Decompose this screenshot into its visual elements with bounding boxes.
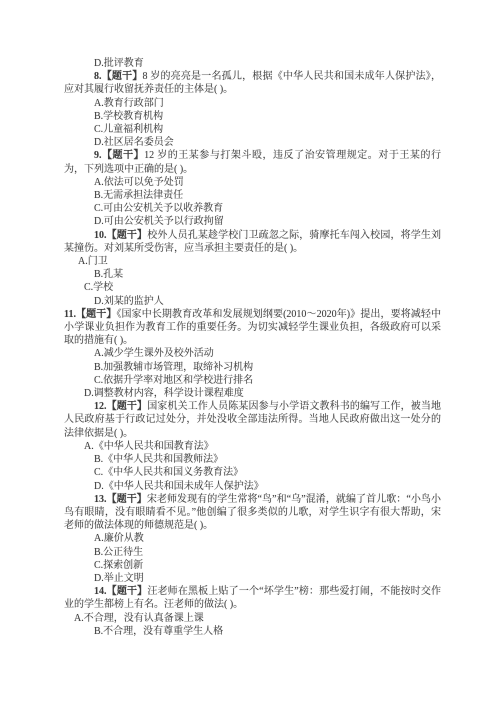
question-stem: 8.【题干】8 岁的亮亮是一名孤儿，根据《中华人民共和国未成年人保护法》，应对其…	[64, 70, 441, 96]
question-tag: 【题干】	[107, 586, 148, 597]
option-line: A.教育行政部门	[64, 97, 441, 110]
question-stem: 14.【题干】汪老师在黑板上贴了一个“坏学生”榜：那些爱打闹，不能按时交作业的学…	[64, 585, 441, 611]
question-stem: 10.【题干】校外人员孔某趁学校门卫疏忽之际，骑摩托车闯入校园，将学生刘某撞伤。…	[64, 229, 441, 255]
question-number: 13.	[94, 494, 107, 505]
option-line: D.调整教材内容，科学设计课程难度	[64, 387, 441, 400]
question-block: 14.【题干】汪老师在黑板上贴了一个“坏学生”榜：那些爱打闹，不能按时交作业的学…	[64, 585, 441, 638]
option-line: D.刘某的监护人	[64, 295, 441, 308]
question-tag: 【题干】	[107, 494, 147, 505]
question-number: 10.	[94, 230, 107, 241]
question-block: 9.【题干】12 岁的王某参与打架斗殴，违反了治安管理规定。对于王某的行为，下列…	[64, 149, 441, 228]
option-line: A.减少学生课外及校外活动	[64, 347, 441, 360]
option-line: A.依法可以免予处罚	[64, 176, 441, 189]
option-line: C.《中华人民共和国义务教育法》	[64, 466, 441, 479]
question-tag: 【题干】	[76, 309, 116, 320]
option-line: C.学校	[64, 281, 441, 294]
option-line: B.公正待生	[64, 546, 441, 559]
option-line: B.孔某	[64, 268, 441, 281]
question-block: 12.【题干】国家机关工作人员陈某因参与小学语文教科书的编写工作，被当地人民政府…	[64, 400, 441, 492]
question-tag: 【题干】	[102, 71, 143, 82]
option-line: D.社区居名委员会	[64, 136, 441, 149]
question-block: 11.【题干】《国家中长期教育改革和发展规划纲要(2010～2020年)》提出，…	[64, 308, 441, 400]
option-line: D.举止文明	[64, 572, 441, 585]
option-line: A.廉价从教	[64, 532, 441, 545]
question-block: 8.【题干】8 岁的亮亮是一名孤儿，根据《中华人民共和国未成年人保护法》，应对其…	[64, 70, 441, 149]
question-number: 8.	[94, 71, 102, 82]
option-line: C.依据升学率对地区和学校进行排名	[64, 374, 441, 387]
question-stem: 12.【题干】国家机关工作人员陈某因参与小学语文教科书的编写工作，被当地人民政府…	[64, 400, 441, 440]
question-number: 9.	[94, 150, 102, 161]
question-text: 《国家中长期教育改革和发展规划纲要(2010～2020年)》提出，要将减轻中小学…	[64, 309, 441, 346]
question-stem: 9.【题干】12 岁的王某参与打架斗殴，违反了治安管理规定。对于王某的行为，下列…	[64, 149, 441, 175]
option-line: C.儿童福利机构	[64, 123, 441, 136]
option-line: B.不合理，没有尊重学生人格	[64, 625, 441, 638]
question-number: 12.	[94, 401, 107, 412]
option-line: A.不合理，没有认真备课上课	[64, 612, 441, 625]
option-line: B.《中华人民共和国教师法》	[64, 453, 441, 466]
option-line: C.可由公安机关予以收养教育	[64, 202, 441, 215]
option-line: B.学校教育机构	[64, 110, 441, 123]
question-number: 11.	[64, 309, 76, 320]
option-line: D.《中华人民共和国未成年人保护法》	[64, 480, 441, 493]
option-line: C.探索创新	[64, 559, 441, 572]
question-stem: 13.【题干】宋老师发现有的学生常将“鸟”和“乌”混淆，就编了首儿歌：“小鸟小鸟…	[64, 493, 441, 533]
option-line: B.无需承担法律责任	[64, 189, 441, 202]
question-block: 13.【题干】宋老师发现有的学生常将“鸟”和“乌”混淆，就编了首儿歌：“小鸟小鸟…	[64, 493, 441, 585]
question-tag: 【题干】	[107, 230, 148, 241]
question-tag: 【题干】	[107, 401, 148, 412]
option-line: B.加强教辅市场管理，取缔补习机构	[64, 361, 441, 374]
question-number: 14.	[94, 586, 107, 597]
document-page: { "page": { "background_color": "#ffffff…	[0, 0, 500, 707]
option-line: D.批评教育	[64, 57, 441, 70]
exam-text-block: D.批评教育 8.【题干】8 岁的亮亮是一名孤儿，根据《中华人民共和国未成年人保…	[64, 57, 441, 638]
question-block: 10.【题干】校外人员孔某趁学校门卫疏忽之际，骑摩托车闯入校园，将学生刘某撞伤。…	[64, 229, 441, 308]
option-line: D.可由公安机关予以行政拘留	[64, 215, 441, 228]
option-line: A.《中华人民共和国教育法》	[64, 440, 441, 453]
option-line: A.门卫	[64, 255, 441, 268]
question-stem: 11.【题干】《国家中长期教育改革和发展规划纲要(2010～2020年)》提出，…	[64, 308, 441, 348]
question-tag: 【题干】	[102, 150, 145, 161]
